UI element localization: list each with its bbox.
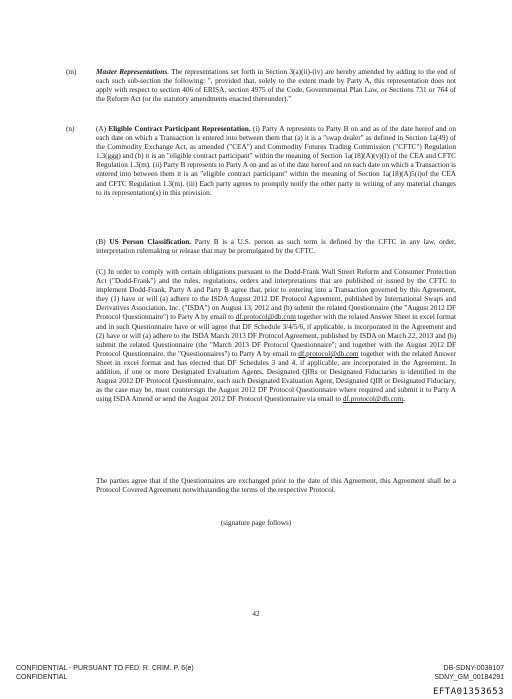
closing-paragraph: The parties agree that if the Questionna… [96, 477, 456, 495]
email-link-1[interactable]: df.protocol@db.com [236, 313, 296, 321]
footer-db-sdny-id: DB-SDNY-0038107 [434, 664, 504, 673]
section-m-paragraph: Master Representations. The representati… [96, 68, 456, 104]
section-n-b-title: US Person Classification. [109, 238, 191, 246]
section-n-a-paragraph: (A) Eligible Contract Participant Repres… [96, 125, 456, 198]
section-m-label: (m) [66, 68, 76, 77]
section-n-a-prefix: (A) [96, 125, 108, 133]
document-page: (m) Master Representations. The represen… [0, 0, 512, 699]
footer-confidential: CONFIDENTIAL [16, 673, 194, 682]
section-n-c-paragraph: (C) In order to comply with certain obli… [96, 268, 456, 404]
email-link-3[interactable]: df.protocol@db.com [343, 395, 403, 403]
section-n-b-paragraph: (B) US Person Classification. Party B is… [96, 238, 456, 256]
section-n-label: (n) [66, 125, 74, 134]
bates-number: EFTA01353653 [433, 687, 504, 697]
page-number: 42 [0, 610, 512, 618]
footer-right: DB-SDNY-0038107 SDNY_GM_00184291 [434, 664, 504, 682]
section-n-c-text-4: . [403, 395, 405, 403]
footer-left: CONFIDENTIAL - PURSUANT TO FED. R. CRIM.… [16, 664, 194, 682]
section-m-title: Master Representations [96, 68, 167, 76]
email-link-2[interactable]: df.protocol@db.com [298, 350, 358, 358]
section-n-a-title: Eligible Contract Participant Representa… [108, 125, 250, 133]
footer-sdny-gm-id: SDNY_GM_00184291 [434, 673, 504, 682]
section-n-b-prefix: (B) [96, 238, 109, 246]
section-n-a-text: (i) Party A represents to Party B on and… [96, 125, 456, 197]
signature-note: (signature page follows) [0, 519, 512, 527]
footer-confidential-rule: CONFIDENTIAL - PURSUANT TO FED. R. CRIM.… [16, 664, 194, 673]
